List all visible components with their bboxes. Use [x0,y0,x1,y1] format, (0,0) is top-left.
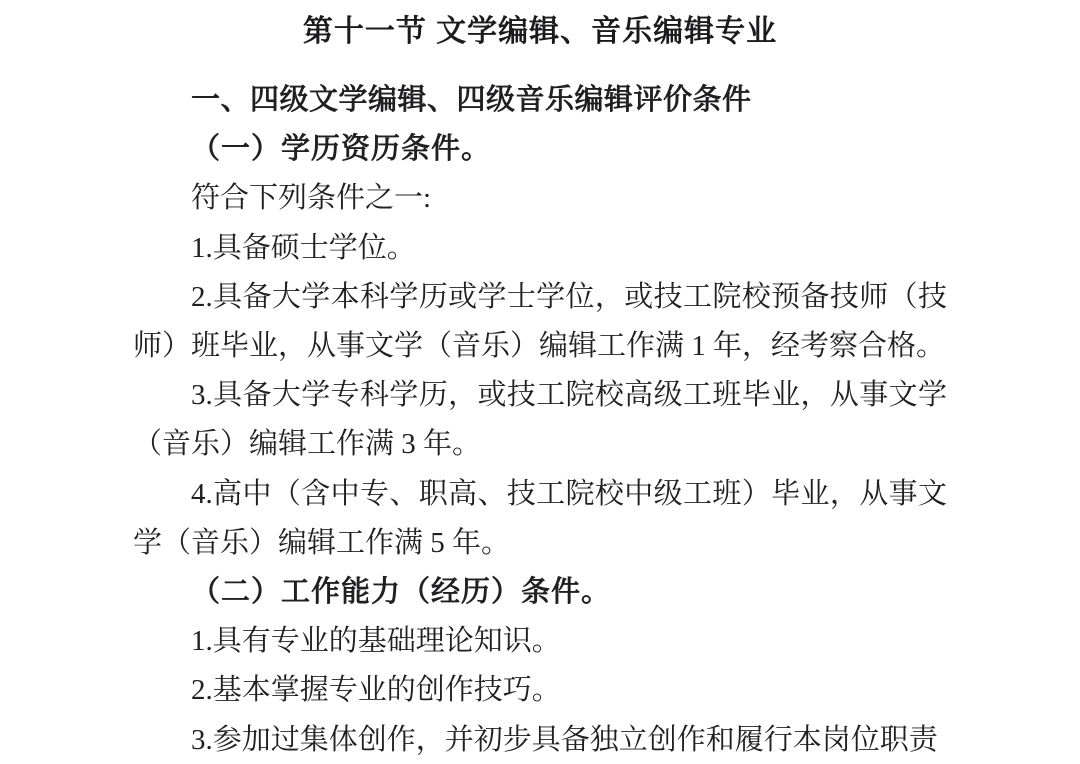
section-heading: 一、四级文学编辑、四级音乐编辑评价条件 [133,76,947,125]
paragraph-item-1: 1.具备硕士学位。 [133,224,947,273]
paragraph-item-4: 4.高中（含中专、职高、技工院校中级工班）毕业，从事文学（音乐）编辑工作满 5 … [133,470,947,568]
document-page: 第十一节 文学编辑、音乐编辑专业 一、四级文学编辑、四级音乐编辑评价条件 （一）… [0,0,1080,764]
paragraph-ability-2: 2.基本掌握专业的创作技巧。 [133,666,947,715]
sub-heading-1: （一）学历资历条件。 [133,125,947,174]
paragraph-ability-3: 3.参加过集体创作，并初步具备独立创作和履行本岗位职责 [133,716,947,764]
page-title: 第十一节 文学编辑、音乐编辑专业 [0,0,1080,54]
document-body: 一、四级文学编辑、四级音乐编辑评价条件 （一）学历资历条件。 符合下列条件之一:… [0,76,1080,764]
paragraph-intro: 符合下列条件之一: [133,174,947,223]
paragraph-ability-1: 1.具有专业的基础理论知识。 [133,617,947,666]
sub-heading-2: （二）工作能力（经历）条件。 [133,568,947,617]
paragraph-item-3: 3.具备大学专科学历，或技工院校高级工班毕业，从事文学（音乐）编辑工作满 3 年… [133,371,947,469]
paragraph-item-2: 2.具备大学本科学历或学士学位，或技工院校预备技师（技师）班毕业，从事文学（音乐… [133,273,947,371]
